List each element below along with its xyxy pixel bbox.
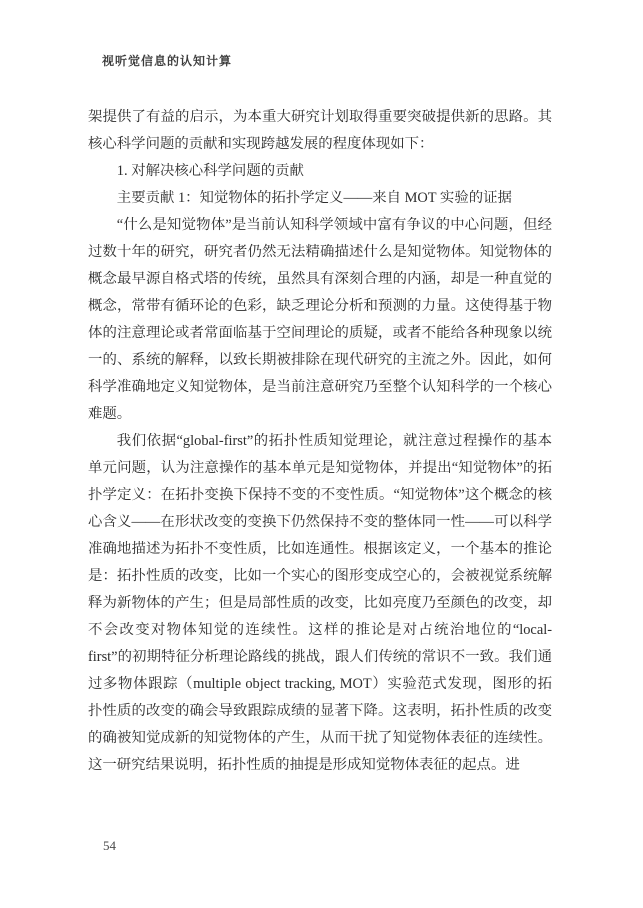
document-page: 视听觉信息的认知计算 架提供了有益的启示，为本重大研究计划取得重要突破提供新的思… (0, 0, 643, 908)
section-heading: 1. 对解决核心科学问题的贡献 (88, 158, 552, 185)
paragraph-perceptual-object: “什么是知觉物体”是当前认知科学领域中富有争议的中心问题，但经过数十年的研究，研… (88, 212, 552, 428)
paragraph-global-first: 我们依据“global-first”的拓扑性质知觉理论，就注意过程操作的基本单元… (88, 428, 552, 779)
contribution-heading: 主要贡献 1：知觉物体的拓扑学定义——来自 MOT 实验的证据 (88, 185, 552, 212)
page-number: 54 (103, 838, 116, 854)
continuation-paragraph: 架提供了有益的启示，为本重大研究计划取得重要突破提供新的思路。其核心科学问题的贡… (88, 104, 552, 158)
page-body: 架提供了有益的启示，为本重大研究计划取得重要突破提供新的思路。其核心科学问题的贡… (88, 104, 552, 779)
running-header: 视听觉信息的认知计算 (102, 52, 232, 69)
